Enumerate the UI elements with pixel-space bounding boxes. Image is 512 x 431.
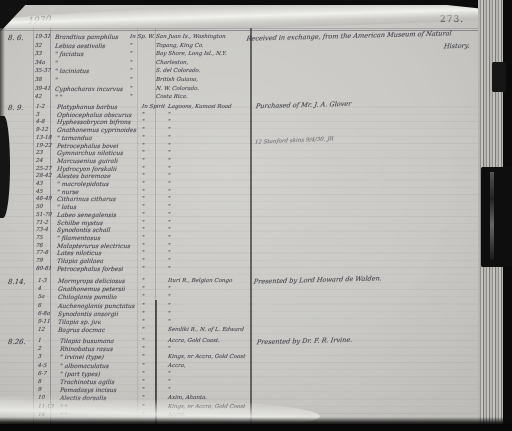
entry-register-numbers: 19-31 bbox=[35, 34, 51, 40]
entry-species-name: Synodontis schall bbox=[57, 227, 111, 234]
entry-species-name: " tamandua bbox=[57, 135, 93, 142]
entry-register-numbers: 4 bbox=[38, 286, 42, 292]
entry-condition: " bbox=[142, 212, 145, 218]
entry-species-name: Pomadasys incisus bbox=[60, 387, 117, 394]
entry-locality: " bbox=[168, 212, 171, 218]
entry-condition: " bbox=[142, 250, 145, 256]
entry-species-name: Alestes baremoze bbox=[57, 173, 111, 180]
entry-locality: " bbox=[168, 150, 171, 156]
entry-register-numbers: 73-4 bbox=[36, 227, 49, 233]
entry-register-numbers: 33 bbox=[35, 51, 43, 57]
entry-condition: " bbox=[142, 363, 145, 369]
entry-species-name: Citharinus citharus bbox=[57, 196, 117, 203]
entry-species-name: Tilapia galilaea bbox=[57, 258, 104, 265]
entry-condition: " bbox=[142, 196, 145, 202]
entry-species-name: Chiloglanis pumilio bbox=[58, 294, 118, 301]
entry-register-numbers: 71-2 bbox=[36, 220, 49, 226]
entry-condition: " bbox=[142, 346, 145, 352]
entry-species-name: Brandtius pamphilus bbox=[55, 34, 119, 41]
entry-register-numbers: 23 bbox=[36, 150, 44, 156]
entry-species-name: Gnathonemus cyprinoides bbox=[57, 127, 137, 134]
entry-register-numbers: 4-5 bbox=[38, 363, 47, 369]
entry-register-numbers: 80-81 bbox=[36, 266, 52, 272]
entry-locality: " bbox=[168, 371, 171, 377]
entry-species-name: Hyphessobrycon bifrons bbox=[57, 119, 132, 126]
register-scan: 1930 273. 8. 6.19-31Brandtius pamphilusI… bbox=[0, 0, 512, 431]
entry-condition: " bbox=[130, 60, 133, 66]
entry-condition: " bbox=[142, 189, 145, 195]
entry-register-numbers: 42 bbox=[35, 94, 43, 100]
entry-locality: " bbox=[168, 286, 171, 292]
entry-condition: " bbox=[142, 158, 145, 164]
entry-species-name: " latus bbox=[57, 204, 77, 211]
entry-locality: Kings, nr Accra, Gold Coast bbox=[168, 354, 246, 360]
entry-species-name: Lebias aestivalis bbox=[55, 43, 106, 50]
entry-condition: " bbox=[142, 303, 145, 309]
entry-species-name: Petrocephalus bovei bbox=[57, 143, 119, 150]
entry-locality: " bbox=[168, 250, 171, 256]
entry-species-name: Marcusenius guirali bbox=[57, 158, 119, 165]
entry-locality: " bbox=[168, 220, 171, 226]
entry-register-numbers: 3 bbox=[36, 112, 40, 118]
entry-condition: " bbox=[130, 51, 133, 57]
entry-locality: " bbox=[168, 346, 171, 352]
entry-species-name: Synodontis ansorgii bbox=[58, 311, 119, 318]
entry-register-numbers: 8 bbox=[38, 379, 42, 385]
entry-register-numbers: 1 bbox=[38, 338, 42, 344]
ledger-page: 1930 273. 8. 6.19-31Brandtius pamphilusI… bbox=[0, 4, 505, 424]
binding-mark-right bbox=[492, 62, 506, 92]
entry-locality: " bbox=[168, 387, 171, 393]
entry-locality: " bbox=[168, 181, 171, 187]
section-date-label: 8. 6. bbox=[8, 34, 24, 42]
entry-register-numbers: 46-49 bbox=[36, 196, 52, 202]
entry-species-name: Lates niloticus bbox=[57, 250, 102, 257]
entry-species-name: " albomaculatus bbox=[60, 363, 110, 370]
entry-register-numbers: 3 bbox=[38, 354, 42, 360]
entry-species-name: Hydrocyon forskalii bbox=[57, 166, 118, 173]
entry-locality: " bbox=[168, 258, 171, 264]
entry-species-name: " (part types) bbox=[60, 371, 101, 378]
entry-condition: " bbox=[142, 319, 145, 325]
entry-condition: " bbox=[142, 294, 145, 300]
entry-locality: " bbox=[168, 379, 171, 385]
entry-species-name: Labeo senegalensis bbox=[57, 212, 117, 219]
entry-condition: " bbox=[142, 135, 145, 141]
entry-register-numbers: 39-41 bbox=[35, 86, 51, 92]
entry-species-name: Tilapia busumana bbox=[60, 338, 115, 345]
entry-register-numbers: 24 bbox=[36, 158, 44, 164]
entry-locality: " bbox=[168, 266, 171, 272]
entry-locality: S. del Colorado. bbox=[156, 68, 201, 74]
entry-condition: " bbox=[142, 286, 145, 292]
entry-locality: " bbox=[168, 173, 171, 179]
entry-register-numbers: 12 bbox=[38, 327, 46, 333]
entry-species-name: Rhinobatus rasus bbox=[60, 346, 114, 353]
entry-species-name: " nurse bbox=[57, 189, 80, 196]
entry-locality: " bbox=[168, 243, 171, 249]
entry-species-name: Tilapia sp. juv. bbox=[58, 319, 102, 326]
entry-register-numbers: 43 bbox=[36, 181, 44, 187]
entry-species-name: Ophiocephalus obscurus bbox=[57, 112, 132, 119]
entry-locality: Accra, bbox=[168, 363, 186, 369]
entry-register-numbers: 50 bbox=[36, 204, 44, 210]
entry-register-numbers: 45 bbox=[36, 189, 44, 195]
entry-condition: " bbox=[142, 173, 145, 179]
entry-register-numbers: 38 bbox=[35, 77, 43, 83]
entry-locality: Ituri R., Belgian Congo bbox=[168, 278, 233, 284]
entry-locality: N. W. Colorado. bbox=[156, 86, 200, 92]
entry-locality: " bbox=[168, 166, 171, 172]
column-rule-margin-left bbox=[33, 28, 34, 428]
entry-locality: " bbox=[168, 311, 171, 317]
entry-register-numbers: 6-7 bbox=[38, 371, 47, 377]
entry-register-numbers: 9 bbox=[38, 387, 42, 393]
entry-register-numbers: 19-22 bbox=[36, 143, 52, 149]
entry-condition: " bbox=[142, 204, 145, 210]
entry-species-name: Petrocephalus forbesi bbox=[57, 266, 124, 273]
entry-locality: " bbox=[168, 235, 171, 241]
entry-locality: Costa Rica. bbox=[156, 94, 188, 100]
entry-condition: " bbox=[130, 94, 133, 100]
entry-species-name: Bagrus docmac bbox=[58, 327, 106, 334]
acquisition-note: Received in exchange, from the American … bbox=[246, 29, 452, 42]
entry-species-name: Schilbe mystus bbox=[57, 220, 104, 227]
entry-condition: " bbox=[142, 181, 145, 187]
entry-condition: " bbox=[142, 119, 145, 125]
entry-locality: " bbox=[168, 294, 171, 300]
entry-register-numbers: 76 bbox=[36, 243, 44, 249]
entry-species-name: " filamentosus bbox=[57, 235, 101, 242]
entry-register-numbers: 1-3 bbox=[38, 278, 47, 284]
binding-clip-right bbox=[481, 167, 512, 267]
entry-register-numbers: 35-37 bbox=[35, 68, 51, 74]
section-date-label: 8.26. bbox=[8, 338, 27, 346]
entry-locality: " bbox=[168, 227, 171, 233]
entry-register-numbers: 75 bbox=[36, 235, 44, 241]
entry-locality: " bbox=[168, 112, 171, 118]
entry-register-numbers: 13-18 bbox=[36, 135, 52, 141]
entry-species-name: " bbox=[55, 60, 59, 67]
entry-species-name: Platyphanus barbus bbox=[57, 104, 118, 111]
entry-register-numbers: 79 bbox=[36, 258, 44, 264]
entry-locality: " bbox=[168, 127, 171, 133]
entry-locality: Accra, Gold Coast. bbox=[168, 338, 220, 344]
entry-species-name: " macrolepidotus bbox=[57, 181, 110, 188]
entry-locality: Topang, King Co. bbox=[156, 43, 204, 49]
entry-condition: " bbox=[130, 77, 133, 83]
entry-species-name: " laciniatus bbox=[55, 68, 90, 75]
entry-register-numbers: 5a bbox=[38, 294, 45, 300]
entry-register-numbers: 28-42 bbox=[36, 173, 52, 179]
entry-species-name: Cyphocharax incurvus bbox=[55, 86, 124, 93]
entry-condition: " bbox=[142, 327, 145, 333]
entry-locality: " bbox=[168, 204, 171, 210]
entry-locality: " bbox=[168, 196, 171, 202]
entry-locality: " bbox=[168, 158, 171, 164]
entry-species-name: Gnathonemus petersii bbox=[58, 286, 126, 293]
entry-species-name: Mormyrops deliciosus bbox=[58, 278, 126, 285]
entry-register-numbers: 9-11 bbox=[38, 319, 51, 325]
entry-locality: " bbox=[168, 303, 171, 309]
entry-species-name: Auchenoglanis punctatus bbox=[58, 303, 136, 310]
entry-register-numbers: 9-12 bbox=[36, 127, 49, 133]
entry-register-numbers: 25-27 bbox=[36, 166, 52, 172]
column-rule-remarks bbox=[250, 28, 252, 428]
entry-condition: " bbox=[142, 311, 145, 317]
entry-species-name: " " bbox=[55, 94, 63, 101]
entry-register-numbers: 51-70 bbox=[36, 212, 52, 218]
entry-locality: " bbox=[168, 189, 171, 195]
entry-register-numbers: 4-8 bbox=[36, 119, 45, 125]
entry-species-name: Malapterurus electricus bbox=[57, 243, 131, 250]
entry-condition: " bbox=[130, 68, 133, 74]
entry-locality: Lagoons, Kumasi Road bbox=[168, 104, 232, 110]
entry-condition: " bbox=[142, 150, 145, 156]
section-date-label: 8.14. bbox=[8, 278, 27, 286]
entry-condition: " bbox=[142, 235, 145, 241]
entry-locality: Bay Shore, Long Isl., N.Y. bbox=[156, 51, 227, 57]
entry-condition: " bbox=[130, 43, 133, 49]
entry-condition: " bbox=[142, 354, 145, 360]
entry-locality: " bbox=[168, 135, 171, 141]
entry-register-numbers: 1-2 bbox=[36, 104, 45, 110]
entry-condition: In Spirit bbox=[142, 104, 166, 110]
entry-locality: San Juan Is., Washington bbox=[156, 34, 226, 40]
entry-register-numbers: 2 bbox=[38, 346, 42, 352]
entry-locality: " bbox=[168, 143, 171, 149]
entry-condition: " bbox=[142, 243, 145, 249]
acquisition-note: History. bbox=[444, 42, 471, 51]
entry-locality: " bbox=[168, 319, 171, 325]
entry-condition: " bbox=[142, 127, 145, 133]
column-rule-name bbox=[137, 28, 138, 428]
entry-register-numbers: 77-8 bbox=[36, 250, 49, 256]
entry-species-name: " bbox=[55, 77, 59, 84]
entry-register-numbers: 6-8a bbox=[38, 311, 51, 317]
entry-condition: " bbox=[142, 227, 145, 233]
entry-species-name: Gymnarchus niloticus bbox=[57, 150, 124, 157]
entry-condition: " bbox=[142, 220, 145, 226]
entry-register-numbers: 6 bbox=[38, 303, 42, 309]
entry-condition: " bbox=[142, 371, 145, 377]
entry-species-name: " irvinei (type) bbox=[60, 354, 105, 361]
entry-species-name: " faciatus bbox=[55, 51, 84, 58]
book-edge-shadow-left bbox=[0, 28, 5, 128]
entry-condition: In Sp. W. bbox=[130, 34, 155, 40]
entry-locality: British Guiana, bbox=[156, 77, 199, 83]
entry-condition: " bbox=[142, 258, 145, 264]
entry-condition: " bbox=[142, 387, 145, 393]
entry-condition: " bbox=[142, 112, 145, 118]
entry-locality: " bbox=[168, 119, 171, 125]
entry-condition: " bbox=[142, 166, 145, 172]
entry-locality: Charleston, bbox=[156, 60, 189, 66]
entry-condition: " bbox=[142, 379, 145, 385]
entry-locality: Semliki R., N. of L. Edward bbox=[168, 327, 244, 333]
entry-species-name: Trachinotus agilis bbox=[60, 379, 115, 386]
entry-condition: " bbox=[142, 278, 145, 284]
entry-condition: " bbox=[130, 86, 133, 92]
binding-clip-highlight bbox=[490, 172, 494, 260]
photo-border-bottom bbox=[0, 424, 512, 431]
section-date-label: 8. 9. bbox=[8, 104, 24, 112]
entry-condition: " bbox=[142, 143, 145, 149]
entry-condition: " bbox=[142, 338, 145, 344]
entry-condition: " bbox=[142, 266, 145, 272]
entry-register-numbers: 32 bbox=[35, 43, 43, 49]
entry-register-numbers: 34a bbox=[35, 60, 46, 66]
